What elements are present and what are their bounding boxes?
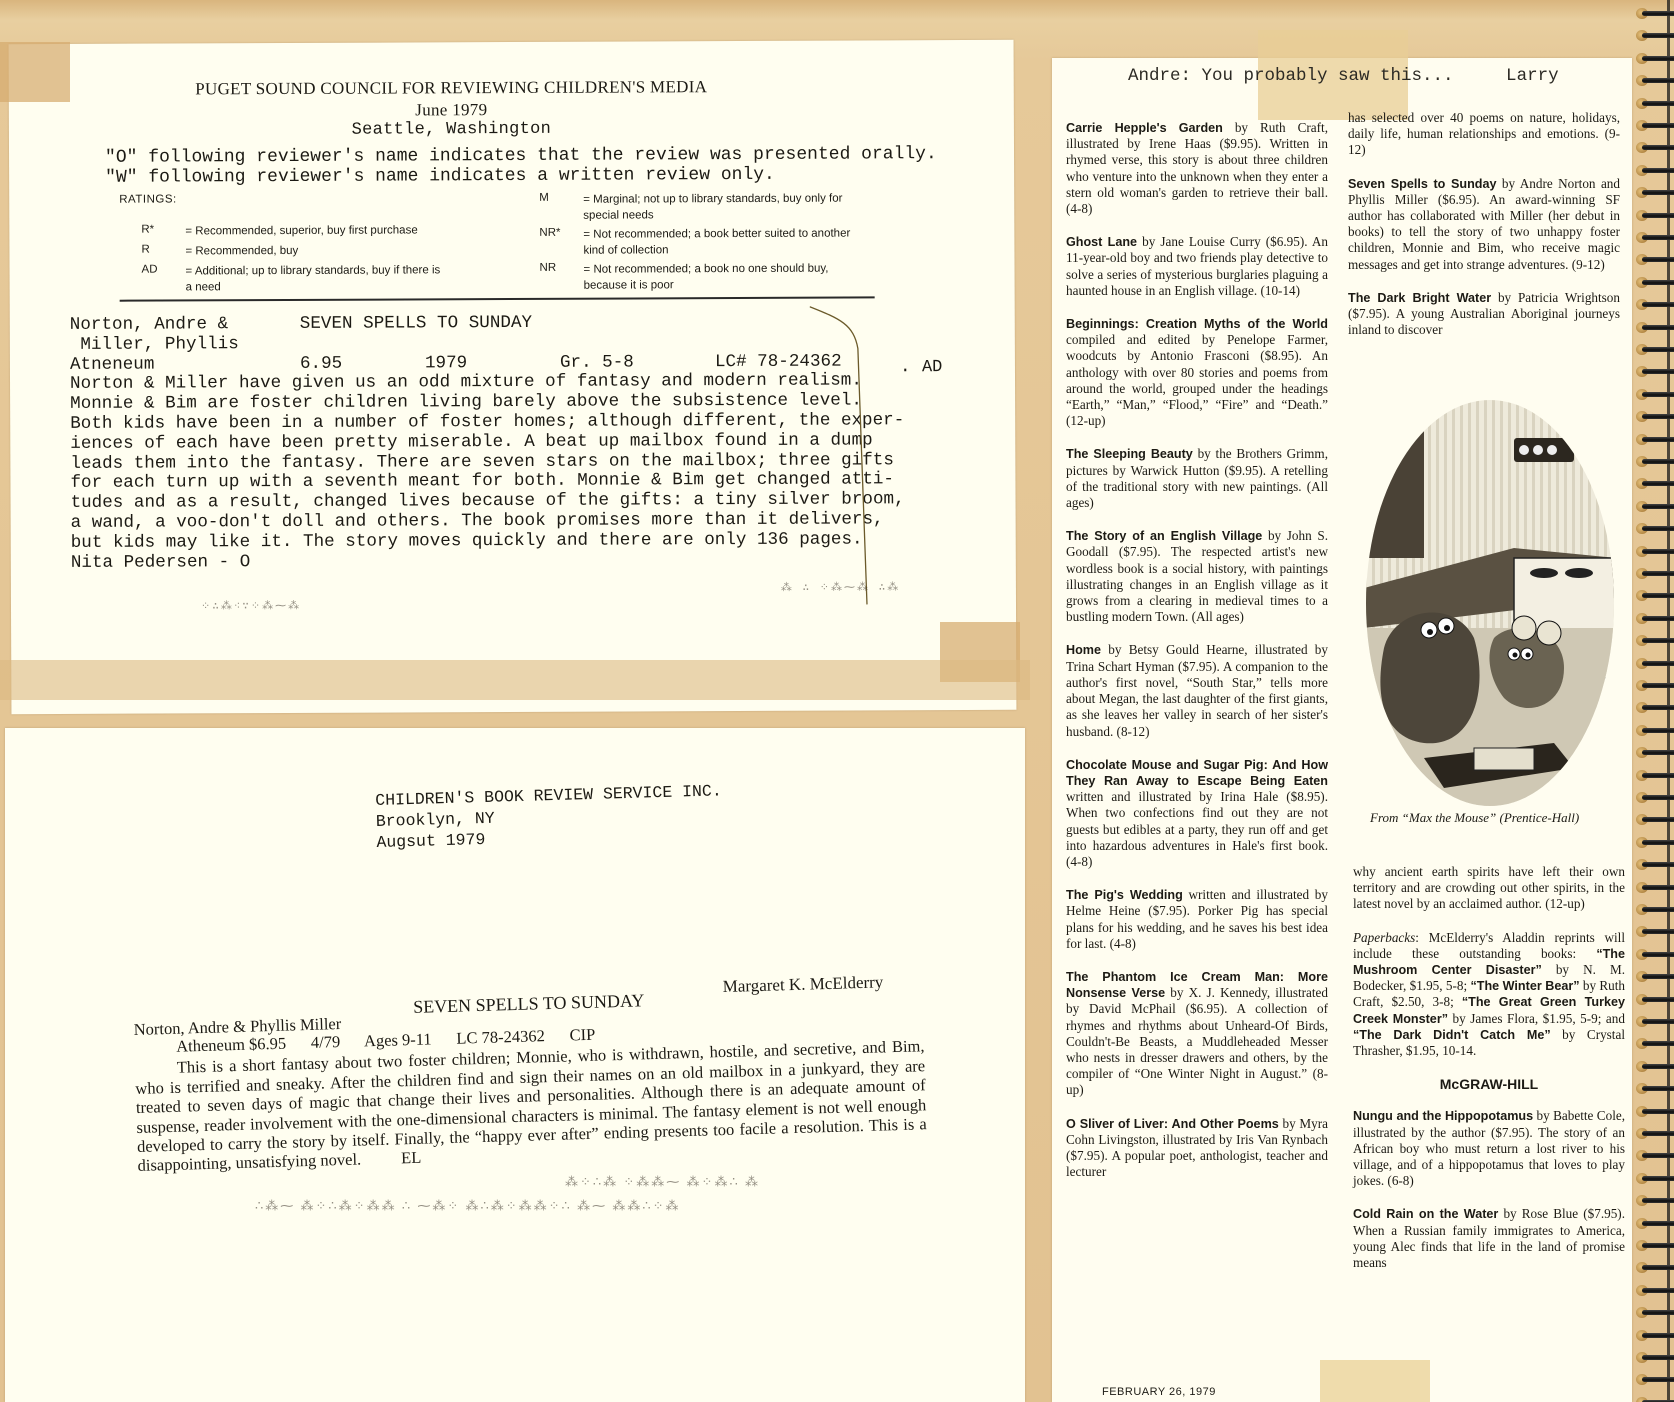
rating-desc: = Additional; up to library standards, b… (186, 262, 446, 295)
spiral-ring (1634, 120, 1674, 131)
spiral-ring (1634, 1016, 1674, 1027)
rating-code: NR* (539, 227, 583, 259)
spiral-ring (1634, 1038, 1674, 1049)
publisher-heading: McGRAW-HILL (1353, 1076, 1625, 1092)
spiral-ring (1634, 904, 1674, 915)
spiral-ring (1634, 949, 1674, 960)
spiral-ring (1634, 523, 1674, 534)
spiral-ring (1634, 1397, 1674, 1402)
spiral-ring (1634, 1285, 1674, 1296)
spiral-ring (1634, 837, 1674, 848)
paperbacks-label: Paperbacks (1353, 930, 1415, 945)
book-entry-continued: has selected over 40 poems on nature, ho… (1348, 110, 1620, 159)
spiral-ring (1634, 590, 1674, 601)
location: Seattle, Washington (0, 118, 954, 141)
spiral-ring (1634, 1374, 1674, 1385)
spiral-ring (1634, 98, 1674, 109)
book-title: The Sleeping Beauty (1066, 447, 1193, 461)
review-rating: AD (922, 358, 942, 378)
book-title: SEVEN SPELLS TO SUNDAY (300, 314, 532, 335)
ratings-label: RATINGS: (119, 193, 177, 205)
spiral-binding (1630, 0, 1674, 1402)
author-line-2: Miller, Phyllis (70, 335, 239, 356)
max-the-mouse-illustration (1364, 398, 1616, 808)
year: 1979 (425, 353, 560, 373)
spiral-ring (1634, 1240, 1674, 1251)
book-entry: Chocolate Mouse and Sugar Pig: And How T… (1066, 757, 1328, 870)
spiral-ring (1634, 187, 1674, 198)
book-desc: by X. J. Kennedy, illustrated by David M… (1066, 985, 1328, 1097)
spiral-ring (1634, 411, 1674, 422)
spiral-ring (1634, 971, 1674, 982)
org-title: PUGET SOUND COUNCIL FOR REVIEWING CHILDR… (0, 76, 954, 100)
book-title: Home (1066, 643, 1101, 657)
book-desc: written and illustrated by Irina Hale ($… (1066, 789, 1328, 869)
rating-desc: = Marginal; not up to library standards,… (583, 191, 843, 224)
book-title: Carrie Hepple's Garden (1066, 121, 1223, 135)
spiral-ring (1634, 1218, 1674, 1229)
book-title: O Sliver of Liver: And Other Poems (1066, 1117, 1279, 1131)
spiral-ring (1634, 142, 1674, 153)
spiral-ring (1634, 254, 1674, 265)
cbrs-review-clipping: CHILDREN'S BOOK REVIEW SERVICE INC. Broo… (5, 728, 1025, 1402)
rating-code: M (539, 192, 583, 224)
review-line: but kids may like it. The story moves qu… (71, 530, 911, 553)
rating-desc: = Recommended, buy (185, 242, 465, 259)
spiral-ring (1634, 546, 1674, 557)
spiral-ring (1634, 859, 1674, 870)
spiral-ring (1634, 165, 1674, 176)
column-b-bottom: why ancient earth spirits have left thei… (1353, 864, 1625, 1288)
spiral-ring (1634, 366, 1674, 377)
book-entry: O Sliver of Liver: And Other Poems by My… (1066, 1116, 1328, 1181)
book-desc: by James Flora, $1.95, 5-9; and (1448, 1011, 1625, 1026)
book-title: Cold Rain on the Water (1353, 1207, 1498, 1221)
spiral-ring (1634, 434, 1674, 445)
illustration-caption: From “Max the Mouse” (Prentice-Hall) (1370, 810, 1632, 826)
book-entry: The Sleeping Beauty by the Brothers Grim… (1066, 446, 1328, 511)
rating-r: R = Recommended, buy (141, 242, 465, 259)
review-body: Norton & Miller have given us an odd mix… (70, 372, 911, 574)
book-entry: Home by Betsy Gould Hearne, illustrated … (1066, 642, 1328, 739)
spiral-ring (1634, 770, 1674, 781)
paperbacks-entry: Paperbacks: McElderry's Aladdin reprints… (1353, 930, 1625, 1060)
spiral-ring (1634, 456, 1674, 467)
rating-code: R* (141, 223, 185, 239)
rating-code: NR (539, 262, 583, 294)
spiral-ring (1634, 1083, 1674, 1094)
rating-nr: NR = Not recommended; a book no one shou… (539, 260, 873, 293)
spiral-ring (1634, 658, 1674, 669)
spiral-ring (1634, 792, 1674, 803)
book-entry: The Story of an English Village by John … (1066, 528, 1328, 625)
book-title: “The Dark Didn't Catch Me” (1353, 1028, 1551, 1042)
book-desc: by Betsy Gould Hearne, illustrated by Tr… (1066, 642, 1328, 738)
spiral-ring (1634, 1128, 1674, 1139)
spiral-ring (1634, 210, 1674, 221)
tape-strip (0, 660, 1030, 700)
price: 6.95 (300, 354, 425, 374)
tape-strip (1320, 1360, 1430, 1402)
spiral-ring (1634, 1061, 1674, 1072)
book-entry: Beginnings: Creation Myths of the World … (1066, 316, 1328, 429)
spiral-ring (1634, 344, 1674, 355)
spiral-ring (1634, 277, 1674, 288)
reviewer-initials: EL (401, 1148, 422, 1168)
spiral-ring (1634, 568, 1674, 579)
column-b-top: has selected over 40 poems on nature, ho… (1348, 110, 1620, 355)
book-entry: The Pig's Wedding written and illustrate… (1066, 887, 1328, 952)
imprint: Margaret K. McElderry (722, 972, 883, 996)
spiral-ring (1634, 725, 1674, 736)
rating-code: R (141, 243, 185, 259)
book-title: The Dark Bright Water (1348, 291, 1491, 305)
rating-desc: = Not recommended; a book better suited … (583, 226, 853, 259)
book-title: SEVEN SPELLS TO SUNDAY (413, 991, 645, 1017)
rating-ad: AD = Additional; up to library standards… (142, 262, 446, 295)
spiral-ring (1634, 1150, 1674, 1161)
book-title: The Pig's Wedding (1066, 888, 1183, 902)
publisher: Atneneum (70, 355, 300, 376)
spiral-ring (1634, 635, 1674, 646)
divider (120, 296, 875, 301)
review-body: This is a short fantasy about two foster… (135, 1037, 928, 1176)
book-title: Nungu and the Hippopotamus (1353, 1109, 1533, 1123)
book-entry: The Phantom Ice Cream Man: More Nonsense… (1066, 969, 1328, 1099)
book-title: Chocolate Mouse and Sugar Pig: And How T… (1066, 758, 1328, 788)
book-entry: Seven Spells to Sunday by Andre Norton a… (1348, 176, 1620, 273)
spiral-ring (1634, 613, 1674, 624)
spiral-ring (1634, 1330, 1674, 1341)
puget-sound-review-clipping: PUGET SOUND COUNCIL FOR REVIEWING CHILDR… (9, 40, 1017, 714)
print-smudge: ⁂ ∴ ⁘⁂⁓⁂ ∴⁂ (781, 580, 900, 595)
author-line-1: Norton, Andre & (70, 315, 300, 336)
rating-nr-star: NR* = Not recommended; a book better sui… (539, 226, 853, 259)
spiral-ring (1634, 30, 1674, 41)
rating-desc: = Not recommended; a book no one should … (583, 260, 873, 293)
book-title: Ghost Lane (1066, 235, 1137, 249)
spiral-ring (1634, 882, 1674, 893)
oral-review-note: "O" following reviewer's name indicates … (105, 144, 937, 168)
spiral-ring (1634, 322, 1674, 333)
spiral-ring (1634, 1307, 1674, 1318)
spiral-ring (1634, 232, 1674, 243)
spiral-ring (1634, 680, 1674, 691)
print-smudge: ⁘∴⁂⁖∵⁘⁂⁓⁂ (201, 599, 301, 613)
cbrs-header: CHILDREN'S BOOK REVIEW SERVICE INC. Broo… (375, 780, 723, 853)
spiral-ring (1634, 1352, 1674, 1363)
newspaper-dateline: FEBRUARY 26, 1979 (1102, 1386, 1216, 1398)
spiral-ring (1634, 926, 1674, 937)
print-smudge: ∴⁂⁓ ⁂⁘∴⁂⁘⁂⁂ ∴ ⁓⁂⁘ ⁂∴⁂⁘⁂⁂⁘∴ ⁂⁓ ⁂⁂∴⁘⁂ (255, 1198, 680, 1214)
dot-mark: . (900, 358, 911, 378)
book-desc: compiled and edited by Penelope Farmer, … (1066, 332, 1328, 428)
pencil-bracket-mark (810, 304, 871, 604)
spiral-ring (1634, 501, 1674, 512)
spiral-ring (1634, 1173, 1674, 1184)
newspaper-book-list-clipping: Andre: You probably saw this... Larry Ca… (1052, 58, 1632, 1402)
book-entry: Nungu and the Hippopotamus by Babette Co… (1353, 1108, 1625, 1189)
tape-strip (0, 42, 70, 102)
rating-desc: = Recommended, superior, buy first purch… (185, 222, 505, 239)
grade-level: Gr. 5-8 (560, 353, 715, 373)
ratings-legend: RATINGS: R* = Recommended, superior, buy… (119, 190, 879, 193)
handwritten-note: Andre: You probably saw this... Larry (1128, 66, 1628, 86)
spiral-ring (1634, 747, 1674, 758)
spiral-ring (1634, 1262, 1674, 1273)
book-title: The Story of an English Village (1066, 529, 1262, 543)
rating-code: AD (142, 263, 186, 295)
spiral-ring (1634, 478, 1674, 489)
rating-m: M = Marginal; not up to library standard… (539, 191, 843, 224)
book-entry: Carrie Hepple's Garden by Ruth Craft, il… (1066, 120, 1328, 217)
book-title: Seven Spells to Sunday (1348, 177, 1496, 191)
column-a: Carrie Hepple's Garden by Ruth Craft, il… (1066, 120, 1328, 1197)
book-entry: Ghost Lane by Jane Louise Curry ($6.95).… (1066, 234, 1328, 299)
book-desc: has selected over 40 poems on nature, ho… (1348, 110, 1620, 157)
authors: Norton, Andre & Phyllis Miller (133, 1014, 341, 1039)
spiral-ring (1634, 702, 1674, 713)
book-review-puget: Norton, Andre & SEVEN SPELLS TO SUNDAY M… (70, 312, 911, 573)
review-text: This is a short fantasy about two foster… (135, 1037, 927, 1176)
spiral-ring (1634, 75, 1674, 86)
spiral-ring (1634, 389, 1674, 400)
book-title: Beginnings: Creation Myths of the World (1066, 317, 1328, 331)
spiral-ring (1634, 8, 1674, 19)
spiral-ring (1634, 814, 1674, 825)
reviewer-name: Nita Pedersen - O (71, 550, 911, 573)
spiral-ring (1634, 1195, 1674, 1206)
book-entry: The Dark Bright Water by Patricia Wright… (1348, 290, 1620, 339)
rating-r-star: R* = Recommended, superior, buy first pu… (141, 222, 505, 240)
written-review-note: "W" following reviewer's name indicates … (105, 165, 775, 188)
print-smudge: ⁂⁘∴⁂ ⁘⁂⁂⁓ ⁂⁘⁂∴ ⁂ (565, 1174, 760, 1190)
book-review-cbrs: Norton, Andre & Phyllis Miller SEVEN SPE… (133, 983, 928, 1176)
book-title: “The Winter Bear” (1470, 979, 1579, 993)
spiral-ring (1634, 53, 1674, 64)
spiral-ring (1634, 1106, 1674, 1117)
spiral-ring (1634, 994, 1674, 1005)
book-entry-continued: why ancient earth spirits have left thei… (1353, 864, 1625, 913)
spiral-ring (1634, 299, 1674, 310)
book-entry: Cold Rain on the Water by Rose Blue ($7.… (1353, 1206, 1625, 1271)
